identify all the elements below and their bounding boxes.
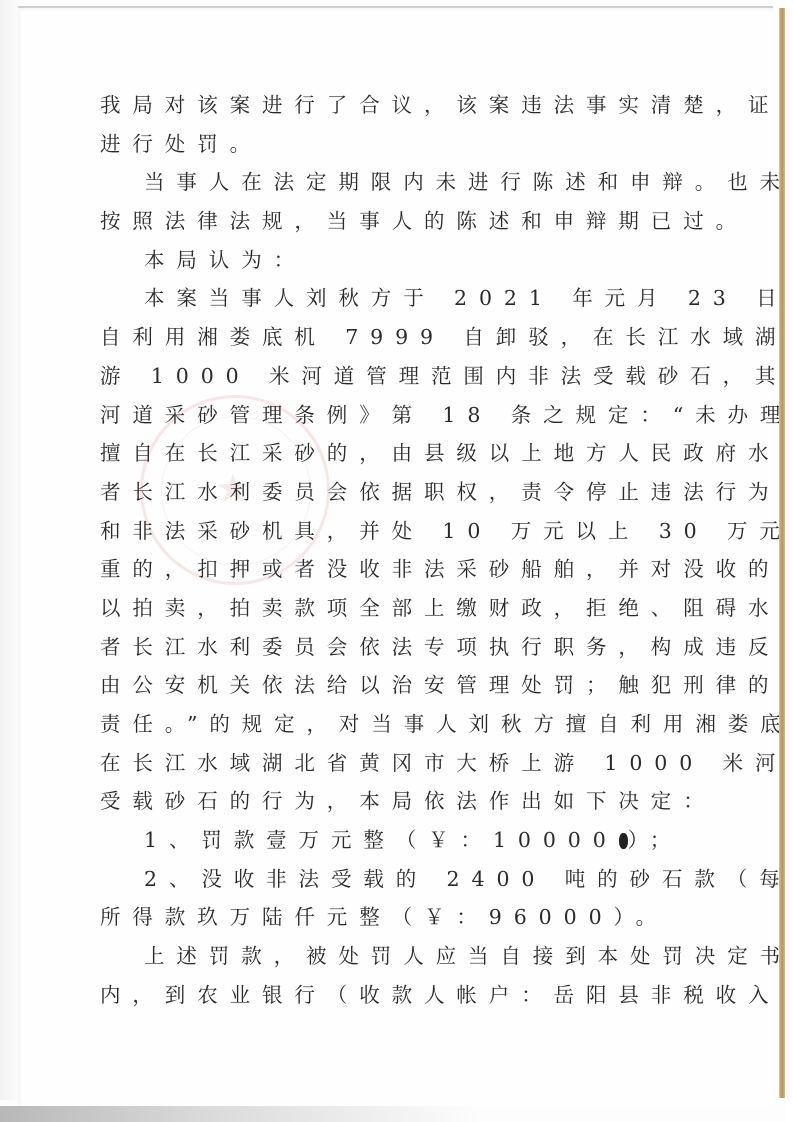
line-text: 进行处罚。 <box>100 132 262 156</box>
line-text: 河道采砂管理条例》第 18 条之规定：“未办理河道采砂许可证， <box>100 403 793 427</box>
line-text: 所得款玖万陆仟元整（￥：96000）。 <box>100 905 668 929</box>
redaction-mark <box>619 833 628 849</box>
line-text: 由公安机关依法给以治安管理处罚；触犯刑律的，依法追究刑事 <box>100 673 793 697</box>
line-text: 在长江水域湖北省黄冈市大桥上游 1000 米河道管理范围内非法 <box>100 751 793 775</box>
line-text: 本局认为： <box>144 248 306 272</box>
line-text: 和非法采砂机具，并处 10 万元以上 30 万元以下的罚款；情节严 <box>100 519 793 543</box>
text-line-15: 者长江水利委员会依法专项执行职务，构成违反治安条例行为的， <box>100 634 720 673</box>
text-line-7: 自利用湘娄底机 7999 自卸驳，在长江水域湖北省黄冈市大桥上 <box>100 324 720 363</box>
text-line-13: 重的，扣押或者没收非法采砂船舶，并对没收的非法采砂船舶予 <box>100 556 720 595</box>
line-text-suffix: ）； <box>628 828 683 852</box>
line-text: 内，到农业银行（收款人帐户：岳阳县非税收入征收管理局汇缴 <box>100 983 793 1007</box>
line-text: 擅自在长江采砂的，由县级以上地方人民政府水行政主管部门或 <box>100 441 793 465</box>
line-text: 按照法律法规，当事人的陈述和申辩期已过。 <box>100 209 748 233</box>
scan-bottom-shadow <box>0 1106 480 1122</box>
text-line-1: 我局对该案进行了合议，该案违法事实清楚，证据确凿，拟依法 <box>100 92 720 131</box>
text-line-2: 进行处罚。 <box>100 131 720 170</box>
line-text: 本案当事人刘秋方于 2021 年元月 23 日晚上 21 时 10 分，擅 <box>144 286 793 310</box>
line-text: 受载砂石的行为，本局依法作出如下决定： <box>100 789 716 813</box>
line-text: 游 1000 米河道管理范围内非法受载砂石，其行为违反了《长江 <box>100 364 793 388</box>
line-text: 2、没收非法受载的 2400 吨的砂石款（每吨：40 元）非法 <box>144 867 793 891</box>
text-line-23: 上述罚款，被处罚人应当自接到本处罚决定书之日起 15 日 <box>100 943 720 982</box>
text-line-17: 责任。”的规定，对当事人刘秋方擅自利用湘娄底机 7999 自卸驳， <box>100 711 720 750</box>
text-line-18: 在长江水域湖北省黄冈市大桥上游 1000 米河道管理范围内非法 <box>100 750 720 789</box>
text-line-14: 以拍卖，拍卖款项全部上缴财政，拒绝、阻碍水行政主管部门或 <box>100 595 720 634</box>
text-line-6: 本案当事人刘秋方于 2021 年元月 23 日晚上 21 时 10 分，擅 <box>100 285 720 324</box>
section-heading-bureau-opinion: 本局认为： <box>100 247 720 286</box>
decision-item-2-confiscation: 2、没收非法受载的 2400 吨的砂石款（每吨：40 元）非法 <box>100 866 720 905</box>
line-text: 上述罚款，被处罚人应当自接到本处罚决定书之日起 15 日 <box>144 944 793 968</box>
line-text: 者长江水利委员会依据职权，责令停止违法行为，没收违法所得 <box>100 480 793 504</box>
scan-left-edge <box>0 0 18 1100</box>
text-line-11: 者长江水利委员会依据职权，责令停止违法行为，没收违法所得 <box>100 479 720 518</box>
text-line-19: 受载砂石的行为，本局依法作出如下决定： <box>100 788 720 827</box>
line-text: 重的，扣押或者没收非法采砂船舶，并对没收的非法采砂船舶予 <box>100 557 793 581</box>
text-line-8: 游 1000 米河道管理范围内非法受载砂石，其行为违反了《长江 <box>100 363 720 402</box>
text-line-10: 擅自在长江采砂的，由县级以上地方人民政府水行政主管部门或 <box>100 440 720 479</box>
line-text: 我局对该案进行了合议，该案违法事实清楚，证据确凿，拟依法 <box>100 93 793 117</box>
text-line-16: 由公安机关依法给以治安管理处罚；触犯刑律的，依法追究刑事 <box>100 672 720 711</box>
text-line-3: 当事人在法定期限内未进行陈述和申辩。也未要求举行听证， <box>100 169 720 208</box>
text-line-22: 所得款玖万陆仟元整（￥：96000）。 <box>100 904 720 943</box>
text-line-4: 按照法律法规，当事人的陈述和申辩期已过。 <box>100 208 720 247</box>
text-line-9: 河道采砂管理条例》第 18 条之规定：“未办理河道采砂许可证， <box>100 402 720 441</box>
line-text: 以拍卖，拍卖款项全部上缴财政，拒绝、阻碍水行政主管部门或 <box>100 596 793 620</box>
document-body: 我局对该案进行了合议，该案违法事实清楚，证据确凿，拟依法 进行处罚。 当事人在法… <box>100 92 720 1021</box>
text-line-12: 和非法采砂机具，并处 10 万元以上 30 万元以下的罚款；情节严 <box>100 518 720 557</box>
scan-right-margin <box>785 0 793 1122</box>
line-text: 当事人在法定期限内未进行陈述和申辩。也未要求举行听证， <box>144 170 793 194</box>
line-text: 1、罚款壹万元整（￥：10000 <box>144 828 618 852</box>
line-text: 责任。”的规定，对当事人刘秋方擅自利用湘娄底机 7999 自卸驳， <box>100 712 793 736</box>
line-text: 自利用湘娄底机 7999 自卸驳，在长江水域湖北省黄冈市大桥上 <box>100 325 793 349</box>
line-text: 者长江水利委员会依法专项执行职务，构成违反治安条例行为的， <box>100 635 793 659</box>
decision-item-1-fine: 1、罚款壹万元整（￥：10000）； <box>100 827 720 866</box>
text-line-24: 内，到农业银行（收款人帐户：岳阳县非税收入征收管理局汇缴 <box>100 982 720 1021</box>
